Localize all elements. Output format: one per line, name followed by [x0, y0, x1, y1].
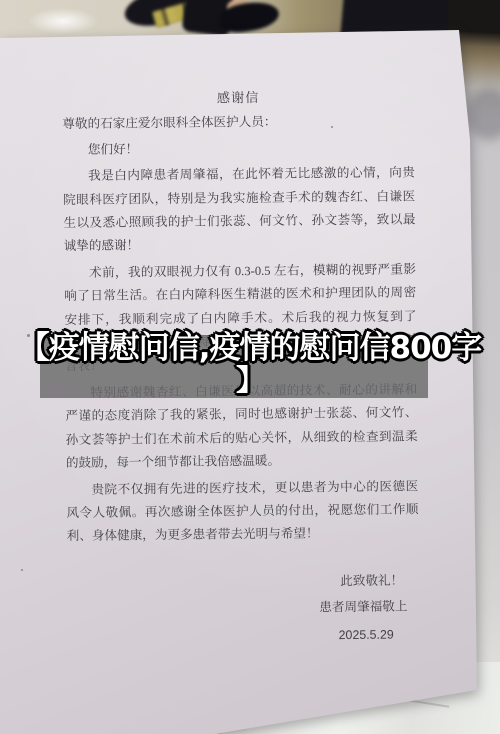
caption-line-2: 】	[0, 365, 500, 396]
letter-title: 感谢信	[62, 84, 414, 111]
letter-paragraph: 贵院不仅拥有先进的医疗技术，更以患者为中心的医德医风令人敬佩。再次感谢全体医护人…	[66, 475, 419, 549]
letter-closing: 此致敬礼！	[67, 569, 403, 596]
caption-text: 【疫情慰问信,疫情的慰问信800字 】	[0, 332, 500, 396]
letter-paragraph: 我是白内障患者周肇福，在此怀着无比感激的心情，向贵院眼科医疗团队，特别是为我实施…	[63, 162, 416, 259]
paper-speck	[21, 569, 23, 571]
letter-date: 2025.5.29	[68, 623, 394, 650]
photo-scene: 感谢信 尊敬的石家庄爱尔眼科全体医护人员： 您们好！ 我是白内障患者周肇福，在此…	[0, 0, 500, 734]
letter-signer: 患者周肇福敬上	[67, 596, 407, 623]
letter-salutation: 尊敬的石家庄爱尔眼科全体医护人员：	[62, 110, 414, 137]
letter-greeting: 您们好！	[63, 135, 415, 162]
caption-line-1: 【疫情慰问信,疫情的慰问信800字	[0, 332, 500, 365]
